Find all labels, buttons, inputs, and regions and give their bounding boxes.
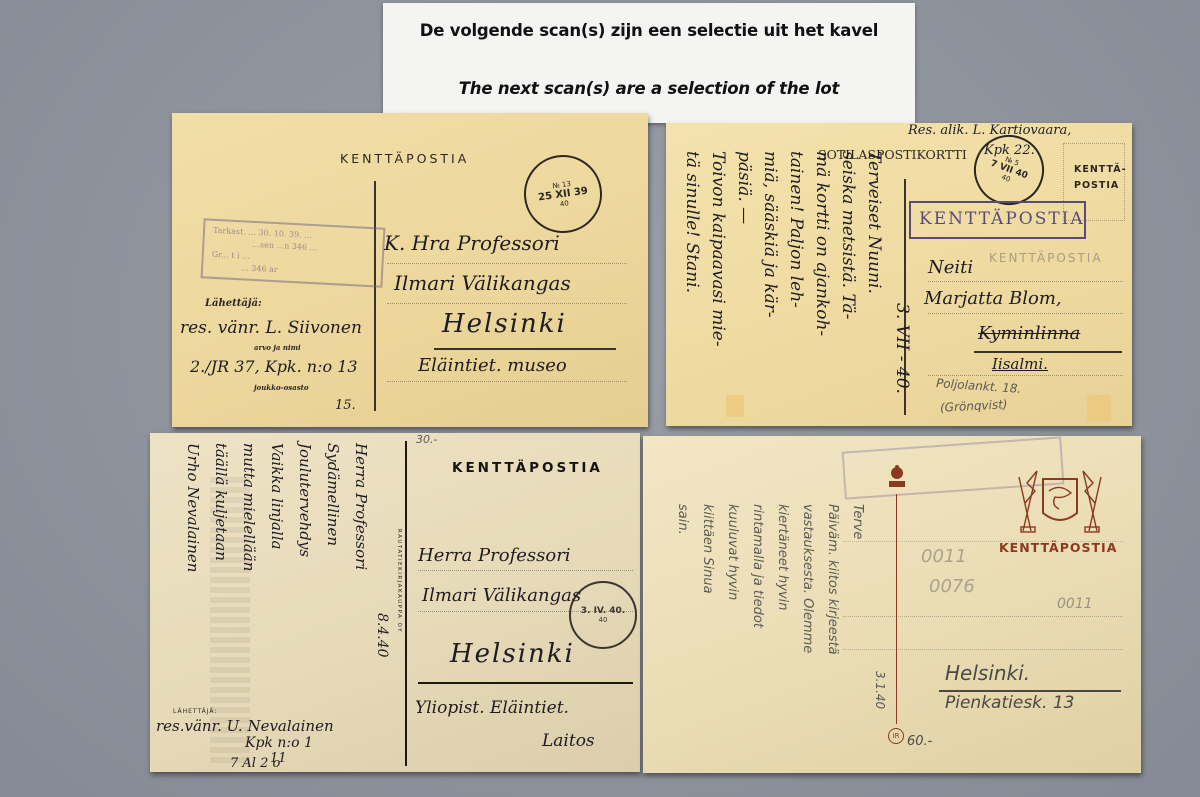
address-dotline xyxy=(843,649,1123,650)
message-line: kiertäneet hyvin xyxy=(775,504,790,611)
message-date: 3. VII - 40. xyxy=(892,303,912,394)
sender-header: Res. alik. L. Kartiovaara, xyxy=(908,123,1071,138)
address-underline xyxy=(939,690,1121,692)
address-line-2: Pienkatiesk. 13 xyxy=(945,693,1074,713)
lot-caption-card: De volgende scan(s) zijn een selectie ui… xyxy=(383,3,915,123)
sender-label: LÄHETTÄJÄ: xyxy=(173,708,217,715)
censor-stamp: Tarkast. ... 30. 10. 39. ... ...sen ...n… xyxy=(201,218,386,287)
message-line: tainen! Paljon leh- xyxy=(786,151,806,308)
message-line: Päiväm. kiitos kirjeestä xyxy=(825,504,840,655)
faint-stamp: KENTTÄPOSTIA xyxy=(989,251,1103,265)
address-line-2: Ilmari Välikangas xyxy=(422,585,581,606)
sender-name-caption: arvo ja nimi xyxy=(254,343,301,352)
stamp-box-line-1: KENTTÄ- xyxy=(1074,164,1127,175)
tape-residue xyxy=(726,395,744,417)
caption-english: The next scan(s) are a selection of the … xyxy=(383,79,915,98)
address-line-4: Eläintiet. museo xyxy=(418,355,567,376)
pencil-note-2: (Grönqvist) xyxy=(940,397,1008,415)
message-line: miä, sääskiä ja kär- xyxy=(760,151,780,318)
address-line-1: Helsinki. xyxy=(945,661,1030,685)
postmark: № 13 25 XII 39 40 xyxy=(519,150,607,238)
address-line-2: Ilmari Välikangas xyxy=(394,271,571,295)
postmark-code: 40 xyxy=(599,616,608,624)
divider-line xyxy=(896,494,897,724)
address-dotline xyxy=(928,313,1123,314)
sender-unit-3: 7 Al 2 o xyxy=(230,756,280,771)
address-line-3: Helsinki xyxy=(442,309,567,339)
message-line: rintamalla ja tiedot xyxy=(750,504,765,628)
address-dotline xyxy=(843,541,1123,542)
address-line-2: Marjatta Blom, xyxy=(924,288,1062,309)
postmark-code: 40 xyxy=(1000,173,1011,184)
sender-name: res.vänr. U. Nevalainen xyxy=(156,717,334,735)
message-line: seiska metsistä. Tä- xyxy=(838,151,858,319)
address-dotline xyxy=(387,303,627,304)
message-date: 3.1.40 xyxy=(873,671,887,709)
kenttapostia-rect-stamp: KENTTÄPOSTIA xyxy=(909,201,1086,239)
corner-note: 30.- xyxy=(416,433,437,446)
address-dotline xyxy=(928,375,1123,376)
address-dotline xyxy=(418,611,633,612)
address-line-3: Kyminlinna xyxy=(978,323,1080,344)
postcard-bottom-left: KENTTÄPOSTIA 30.- RAUTATIEKIRJAKAUPPA OY… xyxy=(150,433,640,772)
printed-title: KENTTÄPOSTIA xyxy=(340,151,469,166)
pencil-note-1: Poljolankt. 18. xyxy=(936,376,1022,396)
address-dotline xyxy=(387,263,627,264)
message-line: kiittäen Sinua xyxy=(700,504,715,594)
address-dotline xyxy=(418,570,633,571)
address-line-4: Iisalmi. xyxy=(992,355,1048,373)
message-line: sain. xyxy=(675,504,690,535)
corner-note: 60.- xyxy=(907,734,932,749)
sender-unit: 2./JR 37, Kpk. n:o 13 xyxy=(190,357,358,376)
divider-line xyxy=(374,181,376,411)
message-date: 8.4.40 xyxy=(374,613,390,658)
postcard-bottom-right: IR KENTTÄPOSTIA 0011 0076 0011 TervePäiv… xyxy=(643,436,1141,773)
printed-title: KENTTÄPOSTIA xyxy=(452,460,603,476)
message-line: Terveiset Nuuni. xyxy=(864,151,884,294)
message-line: vastauksesta. Olemme xyxy=(800,504,815,653)
message-line: päsiä. — xyxy=(734,151,754,224)
address-underline xyxy=(418,682,633,684)
message-line: Herra Professori xyxy=(352,443,370,570)
address-underline xyxy=(974,351,1122,353)
message-line: Sydämellinen xyxy=(324,443,342,546)
message-line: Urho Nevalainen xyxy=(184,443,202,572)
message-line: Vaikka linjalla xyxy=(268,443,286,549)
printer-imprint: RAUTATIEKIRJAKAUPPA OY xyxy=(396,529,402,633)
sender-label: Lähettäjä: xyxy=(205,298,262,309)
address-line-5: Laitos xyxy=(542,731,595,751)
address-line-1: K. Hra Professori xyxy=(384,231,560,255)
postcard-top-left: KENTTÄPOSTIA № 13 25 XII 39 40 Tarkast. … xyxy=(172,113,648,427)
address-line-1: Herra Professori xyxy=(418,545,571,566)
postcard-top-right: SOTILASPOSTIKORTTI Res. alik. L. Kartiov… xyxy=(666,123,1132,426)
postmark-code: 40 xyxy=(559,199,569,208)
pencil-number: 0011 xyxy=(921,546,967,567)
address-underline xyxy=(434,348,616,350)
caption-dutch: De volgende scan(s) zijn een selectie ui… xyxy=(383,21,915,40)
crown-emblem-icon xyxy=(886,464,908,490)
printed-title: KENTTÄPOSTIA xyxy=(999,540,1117,555)
address-line-3: Helsinki xyxy=(450,639,575,669)
sender-unit: Kpk n:o 1 xyxy=(245,735,313,751)
message-line: Toivon kaipaavasi mie- xyxy=(708,151,728,347)
address-line-4: Yliopist. Eläintiet. xyxy=(415,698,569,718)
pencil-number: 0076 xyxy=(929,576,975,597)
message-line: mä kortti on ajankoh- xyxy=(812,151,832,336)
corner-note: 15. xyxy=(335,398,356,413)
message-line: Joulutervehdys xyxy=(296,443,314,557)
coat-of-arms-icon xyxy=(1015,469,1105,535)
address-dotline xyxy=(387,381,627,382)
divider-line xyxy=(405,441,407,766)
pencil-number: 0011 xyxy=(1057,596,1093,612)
address-dotline xyxy=(843,616,1123,617)
message-line: kuuluvat hyvin xyxy=(725,504,740,600)
ir-mark: IR xyxy=(888,728,904,744)
sender-unit-caption: joukko-osasto xyxy=(254,383,309,392)
address-line-1: Neiti xyxy=(928,257,973,278)
message-line: tä sinulle! Stani. xyxy=(682,151,702,293)
sender-name: res. vänr. L. Siivonen xyxy=(180,318,362,338)
message-line: Terve xyxy=(850,504,865,539)
stamp-box-line-2: POSTIA xyxy=(1074,180,1119,191)
tape-residue xyxy=(1087,395,1111,421)
address-dotline xyxy=(928,281,1123,282)
